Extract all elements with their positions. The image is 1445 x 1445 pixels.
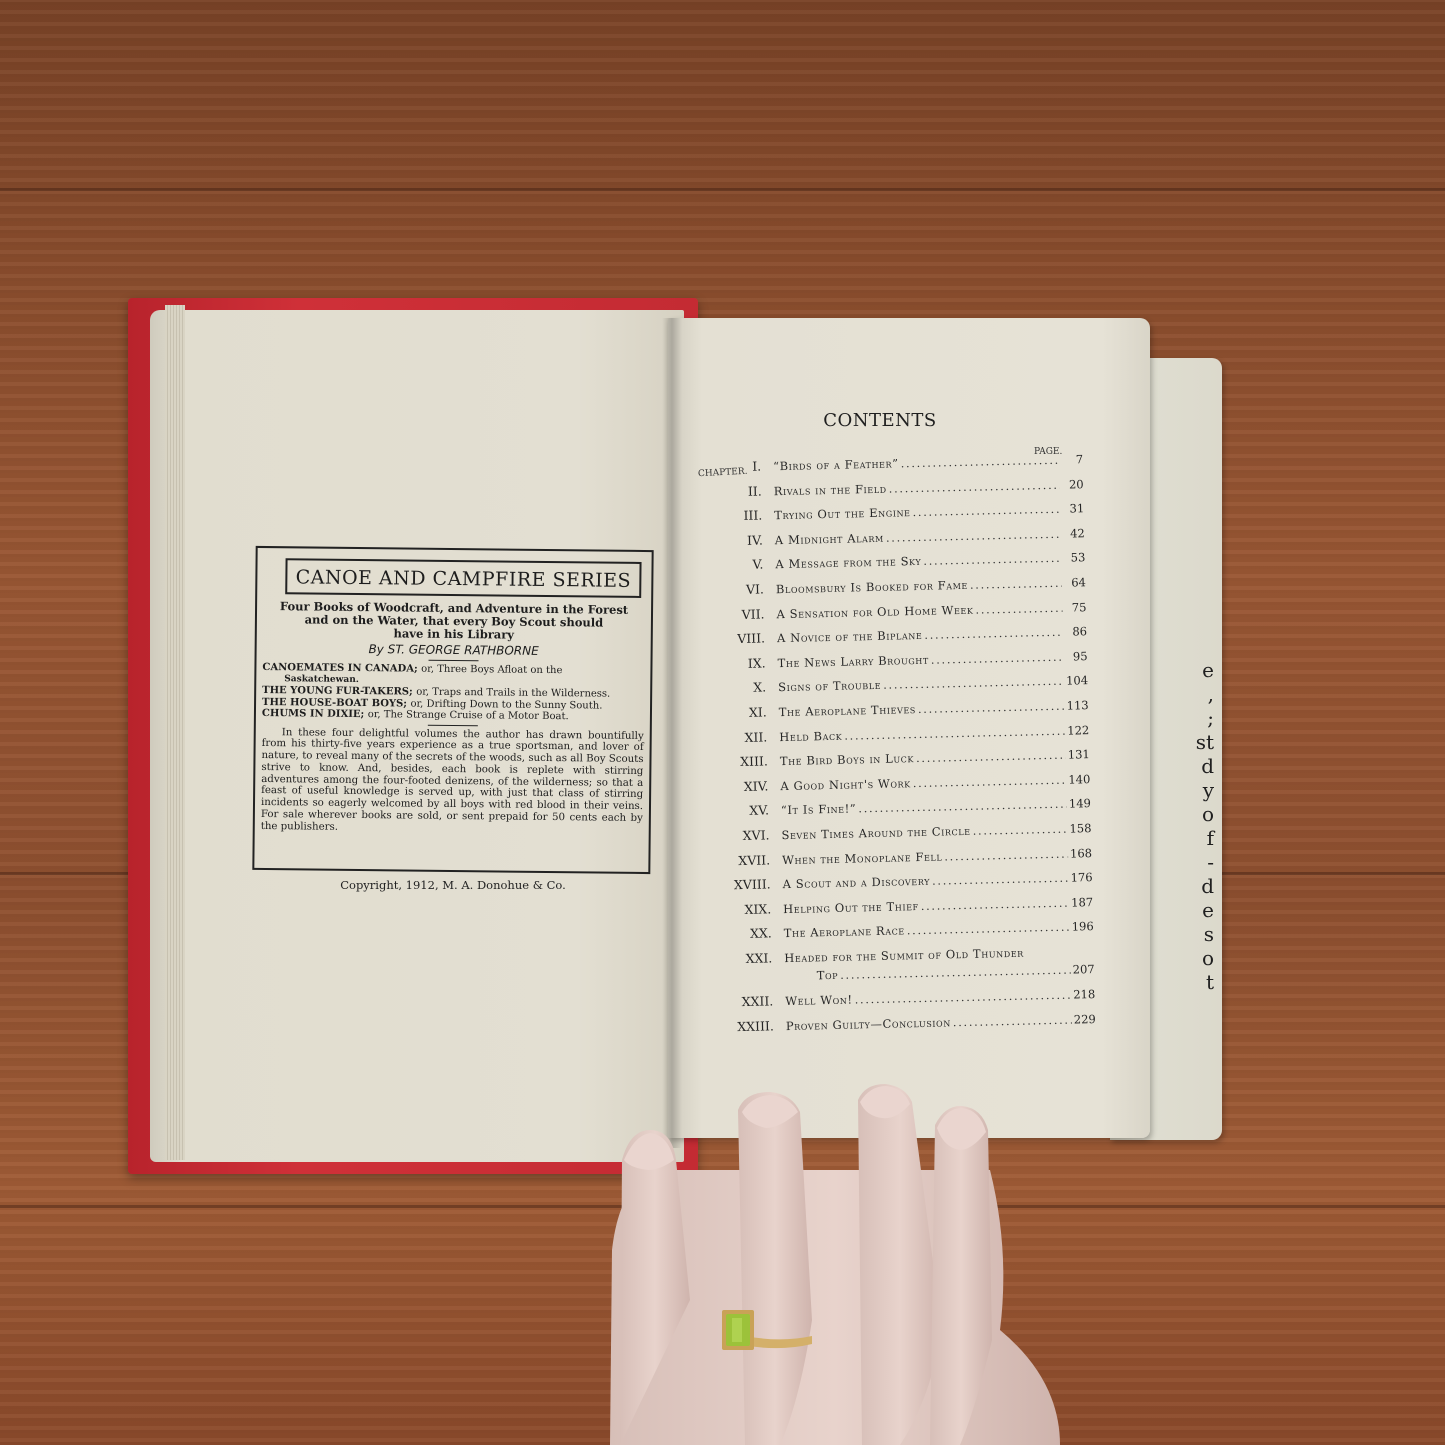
chapter-page: 86 (1065, 624, 1087, 638)
dot-leader (975, 600, 1062, 616)
chapter-page: 207 (1072, 962, 1094, 976)
chapter-page: 7 (1061, 452, 1083, 466)
divider (428, 724, 478, 726)
chapter-page: 196 (1072, 919, 1094, 933)
chapter-title: A Sensation for Old Home Week (776, 602, 973, 620)
chapter-number: VI. (698, 581, 776, 598)
chapter-number: XXII. (707, 994, 785, 1011)
chapter-title: The Bird Boys in Luck (780, 751, 914, 768)
dot-leader (854, 988, 1071, 1007)
dot-leader (972, 822, 1067, 838)
chapter-number: IV. (697, 532, 775, 549)
dot-leader (858, 797, 1067, 816)
chapter-title: A Message from the Sky (775, 554, 921, 571)
chapter-title: “It Is Fine!” (781, 802, 857, 818)
ad-title: CANOE AND CAMPFIRE SERIES (285, 558, 641, 598)
chapter-page: 168 (1070, 846, 1092, 860)
dot-leader (912, 502, 1060, 519)
ad-book-list: CANOEMATES IN CANADA; or, Three Boys Afl… (262, 662, 645, 723)
chapter-page: 229 (1074, 1012, 1096, 1026)
dot-leader (953, 1013, 1072, 1030)
ring-band (722, 1330, 812, 1348)
chapter-number: XXI. (706, 950, 784, 967)
partial-letter: e (1184, 658, 1214, 682)
dot-leader (889, 477, 1060, 495)
ad-body-text: In these four delightful volumes the aut… (261, 726, 644, 836)
chapter-title: Bloomsbury Is Booked for Fame (776, 578, 968, 596)
chapter-number: V. (697, 557, 775, 574)
left-page-edges (165, 305, 185, 1160)
chapter-title: Helping Out the Thief (783, 899, 919, 916)
chapter-title: Held Back (779, 728, 842, 743)
dot-leader (883, 674, 1064, 692)
chapter-title: A Midnight Alarm (775, 531, 884, 547)
partial-letter: o (1184, 946, 1214, 970)
table-of-contents: I.“Birds of a Feather”7II.Rivals in the … (695, 451, 1096, 1044)
chapter-number: XVI. (703, 827, 781, 844)
partial-letter: d (1184, 754, 1214, 778)
copyright-notice: Copyright, 1912, M. A. Donohue & Co. (254, 878, 652, 892)
chapter-title: Seven Times Around the Circle (781, 824, 970, 842)
chapter-number: VIII. (699, 630, 777, 647)
chapter-number: XII. (701, 729, 779, 746)
dot-leader (970, 576, 1062, 592)
chapter-title-continuation: Top (785, 968, 839, 983)
dot-leader (913, 772, 1067, 789)
chapter-page: 31 (1062, 501, 1084, 515)
dot-leader (944, 846, 1068, 863)
chapter-page: 75 (1064, 600, 1086, 614)
chapter-title: A Good Night's Work (780, 776, 911, 793)
chapter-page: 95 (1065, 649, 1087, 663)
chapter-page: 20 (1061, 477, 1083, 491)
partial-letter: y (1184, 778, 1214, 802)
ad-subtitle: Four Books of Woodcraft, and Adventure i… (263, 600, 645, 643)
chapter-title: Trying Out the Engine (774, 505, 911, 522)
chapter-number: II. (696, 483, 774, 500)
series-advertisement: CANOE AND CAMPFIRE SERIES Four Books of … (252, 546, 653, 874)
partial-letter: ; (1184, 706, 1214, 730)
partial-letter: , (1184, 682, 1214, 706)
chapter-number: XVIII. (704, 876, 782, 893)
dot-leader (932, 871, 1069, 888)
chapter-number: XI. (701, 704, 779, 721)
chapter-page: 218 (1073, 988, 1095, 1002)
chapter-title: The News Larry Brought (777, 652, 929, 669)
chapter-number: XXIII. (708, 1018, 786, 1035)
dot-leader (886, 527, 1061, 545)
ring-gem (726, 1314, 750, 1346)
partial-letter: f (1184, 826, 1214, 850)
dot-leader (900, 453, 1059, 471)
chapter-number: XIV. (702, 778, 780, 795)
wood-plank-seam (0, 1205, 1445, 1208)
chapter-number: XX. (706, 925, 784, 942)
chapter-title: Well Won! (785, 993, 853, 1009)
chapter-title: When the Monoplane Fell (782, 849, 942, 867)
chapter-number: I. (695, 458, 773, 475)
chapter-page: 104 (1066, 673, 1088, 687)
partial-letter: t (1184, 970, 1214, 994)
dot-leader (844, 723, 1065, 742)
partial-letter: o (1184, 802, 1214, 826)
chapter-title: A Scout and a Discovery (782, 874, 930, 891)
dot-leader (916, 748, 1066, 765)
chapter-number: III. (696, 507, 774, 524)
book-gutter (662, 318, 682, 1148)
chapter-page: 140 (1068, 772, 1090, 786)
chapter-title: A Novice of the Biplane (777, 628, 923, 645)
ring-setting (722, 1310, 754, 1350)
chapter-title: “Birds of a Feather” (773, 456, 899, 473)
chapter-number: IX. (699, 655, 777, 672)
contents-heading: CONTENTS (790, 410, 970, 431)
chapter-number: XV. (703, 802, 781, 819)
chapter-page: 64 (1064, 575, 1086, 589)
dot-leader (931, 649, 1064, 666)
partial-letter: s (1184, 922, 1214, 946)
partial-letter: e (1184, 898, 1214, 922)
chapter-number: XIX. (705, 901, 783, 918)
chapter-page: 176 (1070, 870, 1092, 884)
dot-leader (921, 895, 1070, 912)
chapter-number: XIII. (702, 753, 780, 770)
divider (429, 660, 479, 662)
dot-leader (907, 920, 1070, 938)
chapter-title: Rivals in the Field (774, 481, 887, 498)
chapter-page: 158 (1069, 821, 1091, 835)
chapter-number: VII. (698, 606, 776, 623)
chapter-page: 131 (1068, 747, 1090, 761)
chapter-page: 122 (1067, 723, 1089, 737)
partial-letter: d (1184, 874, 1214, 898)
chapter-title: Signs of Trouble (778, 678, 881, 694)
chapter-title: The Aeroplane Thieves (779, 702, 916, 719)
chapter-title: Proven Guilty—Conclusion (786, 1015, 951, 1033)
next-page-partial-text: e,;stdyof-desot (1184, 658, 1214, 994)
chapter-page: 187 (1071, 895, 1093, 909)
partial-letter: - (1184, 850, 1214, 874)
chapter-title: Headed for the Summit of Old Thunder (784, 946, 1024, 965)
chapter-title: The Aeroplane Race (784, 924, 905, 941)
ad-author: By ST. GEORGE RATHBORNE (257, 641, 651, 659)
chapter-page: 42 (1063, 526, 1085, 540)
finger (620, 1130, 690, 1445)
chapter-number: XVII. (704, 852, 782, 869)
dot-leader (923, 551, 1061, 568)
chapter-number: X. (700, 680, 778, 697)
partial-letter: st (1184, 730, 1214, 754)
chapter-page: 53 (1063, 551, 1085, 565)
wood-plank-seam (0, 188, 1445, 191)
dot-leader (918, 699, 1065, 716)
chapter-page: 149 (1069, 796, 1091, 810)
dot-leader (924, 625, 1063, 642)
chapter-page: 113 (1067, 698, 1089, 712)
